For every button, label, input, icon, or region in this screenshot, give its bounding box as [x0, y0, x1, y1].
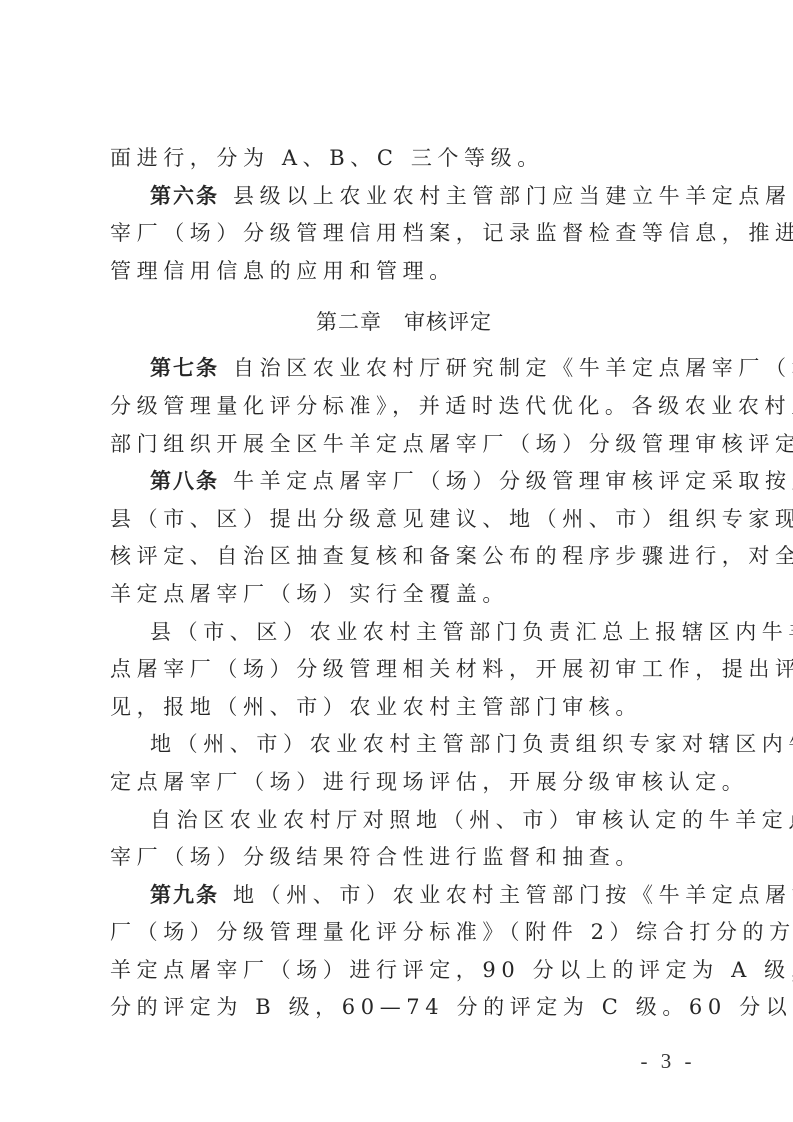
chapter-number: 第二章: [316, 310, 382, 334]
chapter-heading: 第二章审核评定: [110, 294, 698, 350]
article-7-label: 第七条: [150, 356, 219, 380]
text-span: 牛羊定点屠宰厂（场）分级管理审核评定采取按照: [233, 469, 793, 493]
text-line: 管理信用信息的应用和管理。: [110, 253, 698, 291]
text-span: 自治区农业农村厅研究制定《牛羊定点屠宰厂（场）: [233, 356, 793, 380]
text-line: 自治区农业农村厅对照地（州、市）审核认定的牛羊定点屠: [110, 802, 698, 840]
article-9-label: 第九条: [150, 883, 219, 907]
article-7-line-1: 第七条自治区农业农村厅研究制定《牛羊定点屠宰厂（场）: [110, 350, 698, 388]
text-line: 分的评定为 B 级，60—74 分的评定为 C 级。60 分以下的或者评: [110, 989, 698, 1027]
text-line: 宰厂（场）分级结果符合性进行监督和抽查。: [110, 839, 698, 877]
text-line: 县（市、区）农业农村主管部门负责汇总上报辖区内牛羊定: [110, 614, 698, 652]
article-6-label: 第六条: [150, 184, 219, 208]
text-line: 分级管理量化评分标准》，并适时迭代优化。各级农业农村主管: [110, 388, 698, 426]
article-8-line-1: 第八条牛羊定点屠宰厂（场）分级管理审核评定采取按照: [110, 463, 698, 501]
document-page: 面进行，分为 A、B、C 三个等级。 第六条县级以上农业农村主管部门应当建立牛羊…: [110, 140, 698, 1027]
chapter-title: 审核评定: [404, 310, 492, 334]
article-8-label: 第八条: [150, 469, 219, 493]
text-line: 定点屠宰厂（场）进行现场评估，开展分级审核认定。: [110, 764, 698, 802]
text-line: 厂（场）分级管理量化评分标准》（附件 2）综合打分的方式,对牛: [110, 914, 698, 952]
article-6-line-1: 第六条县级以上农业农村主管部门应当建立牛羊定点屠: [110, 178, 698, 216]
text-line: 宰厂（场）分级管理信用档案，记录监督检查等信息，推进分级: [110, 215, 698, 253]
text-line: 羊定点屠宰厂（场）实行全覆盖。: [110, 576, 698, 614]
text-line: 地（州、市）农业农村主管部门负责组织专家对辖区内牛羊: [110, 726, 698, 764]
text-line: 部门组织开展全区牛羊定点屠宰厂（场）分级管理审核评定工作。: [110, 426, 698, 464]
text-line: 核评定、自治区抽查复核和备案公布的程序步骤进行，对全区牛: [110, 538, 698, 576]
text-line: 面进行，分为 A、B、C 三个等级。: [110, 140, 698, 178]
text-line: 羊定点屠宰厂（场）进行评定，90 分以上的评定为 A 级，75—89: [110, 952, 698, 990]
article-9-line-1: 第九条地（州、市）农业农村主管部门按《牛羊定点屠宰: [110, 877, 698, 915]
text-line: 见，报地（州、市）农业农村主管部门审核。: [110, 689, 698, 727]
text-span: 地（州、市）农业农村主管部门按《牛羊定点屠宰: [233, 883, 793, 907]
text-line: 县（市、区）提出分级意见建议、地（州、市）组织专家现场审: [110, 501, 698, 539]
text-line: 点屠宰厂（场）分级管理相关材料，开展初审工作，提出评定意: [110, 651, 698, 689]
page-number: - 3 -: [640, 1049, 696, 1074]
text-span: 县级以上农业农村主管部门应当建立牛羊定点屠: [233, 184, 792, 208]
